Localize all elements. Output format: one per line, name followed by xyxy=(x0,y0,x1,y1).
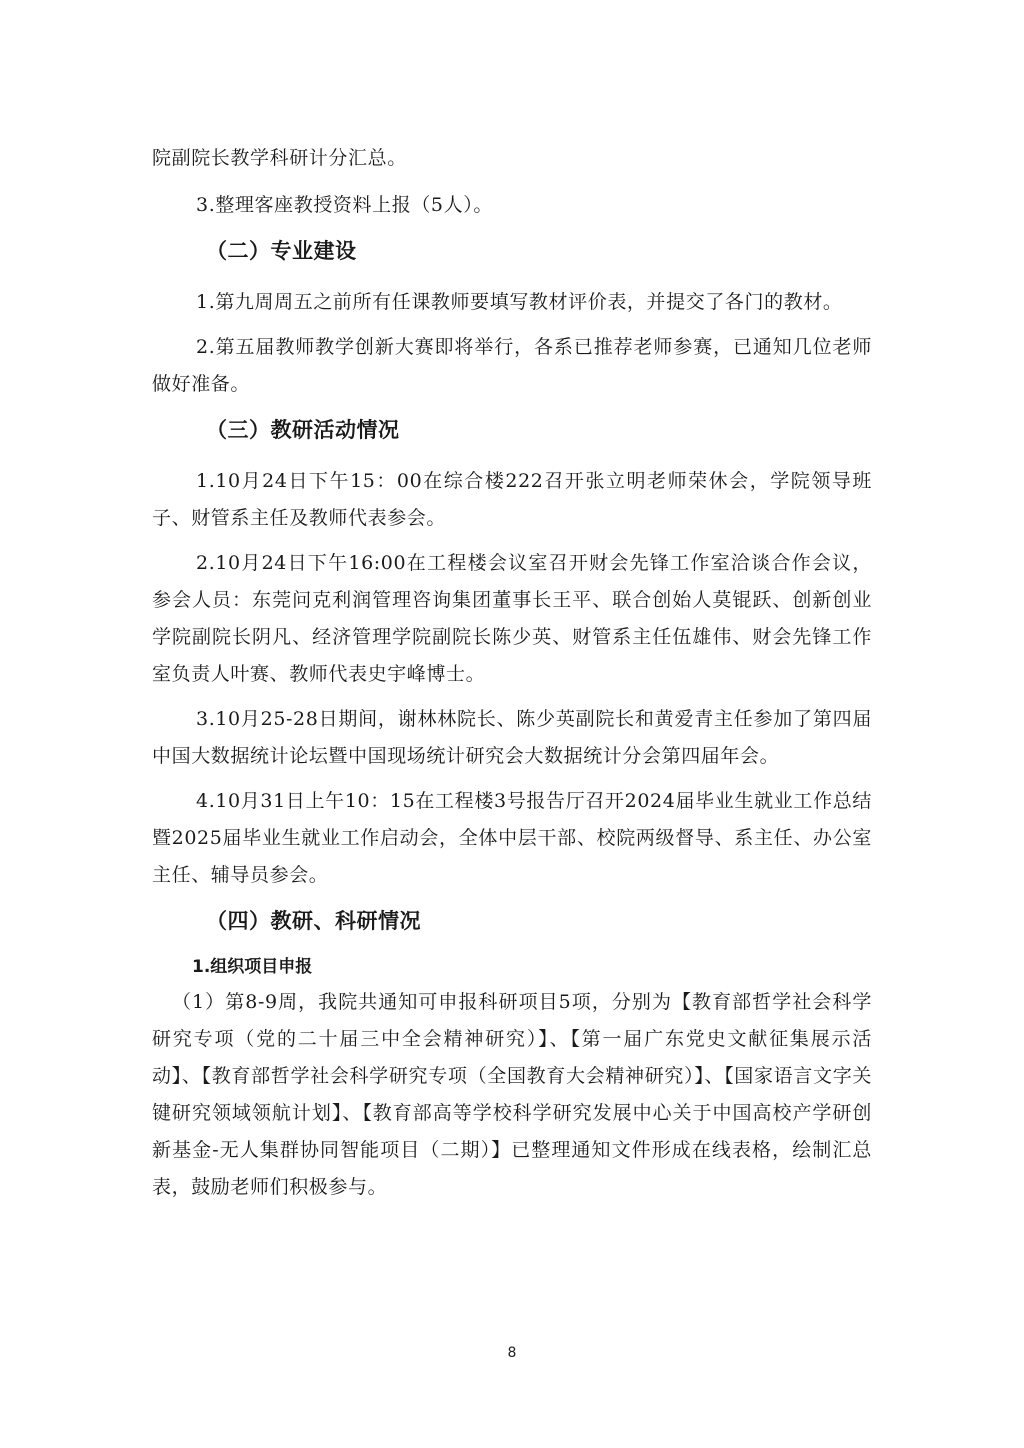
paragraph-teaching-innovation-contest: 2.第五届教师教学创新大赛即将举行，各系已推荐老师参赛，已通知几位老师做好准备。 xyxy=(152,329,872,403)
paragraph-big-data-forum: 3.10月25-28日期间，谢林林院长、陈少英副院长和黄爱青主任参加了第四届中国… xyxy=(152,701,872,775)
document-page: 院副院长教学科研计分汇总。 3.整理客座教授资料上报（5人）。 （二）专业建设 … xyxy=(152,140,872,1214)
paragraph-employment-meeting: 4.10月31日上午10：15在工程楼3号报告厅召开2024届毕业生就业工作总结… xyxy=(152,783,872,894)
paragraph-research-projects: （1）第8-9周，我院共通知可申报科研项目5项，分别为【教育部哲学社会科学研究专… xyxy=(152,984,872,1206)
page-number: 8 xyxy=(0,1345,1024,1361)
paragraph-item-3-guest-professors: 3.整理客座教授资料上报（5人）。 xyxy=(152,187,872,224)
section-heading-research-status: （四）教研、科研情况 xyxy=(206,906,872,936)
section-heading-major-construction: （二）专业建设 xyxy=(206,236,872,266)
subheading-project-application: 1.组织项目申报 xyxy=(192,954,872,980)
paragraph-continuation: 院副院长教学科研计分汇总。 xyxy=(152,140,872,177)
paragraph-cooperation-meeting: 2.10月24日下午16:00在工程楼会议室召开财会先锋工作室洽谈合作会议，参会… xyxy=(152,545,872,693)
paragraph-textbook-evaluation: 1.第九周周五之前所有任课教师要填写教材评价表，并提交了各门的教材。 xyxy=(152,284,872,321)
section-heading-teaching-research-activities: （三）教研活动情况 xyxy=(206,415,872,445)
paragraph-retirement-meeting: 1.10月24日下午15：00在综合楼222召开张立明老师荣休会，学院领导班子、… xyxy=(152,463,872,537)
